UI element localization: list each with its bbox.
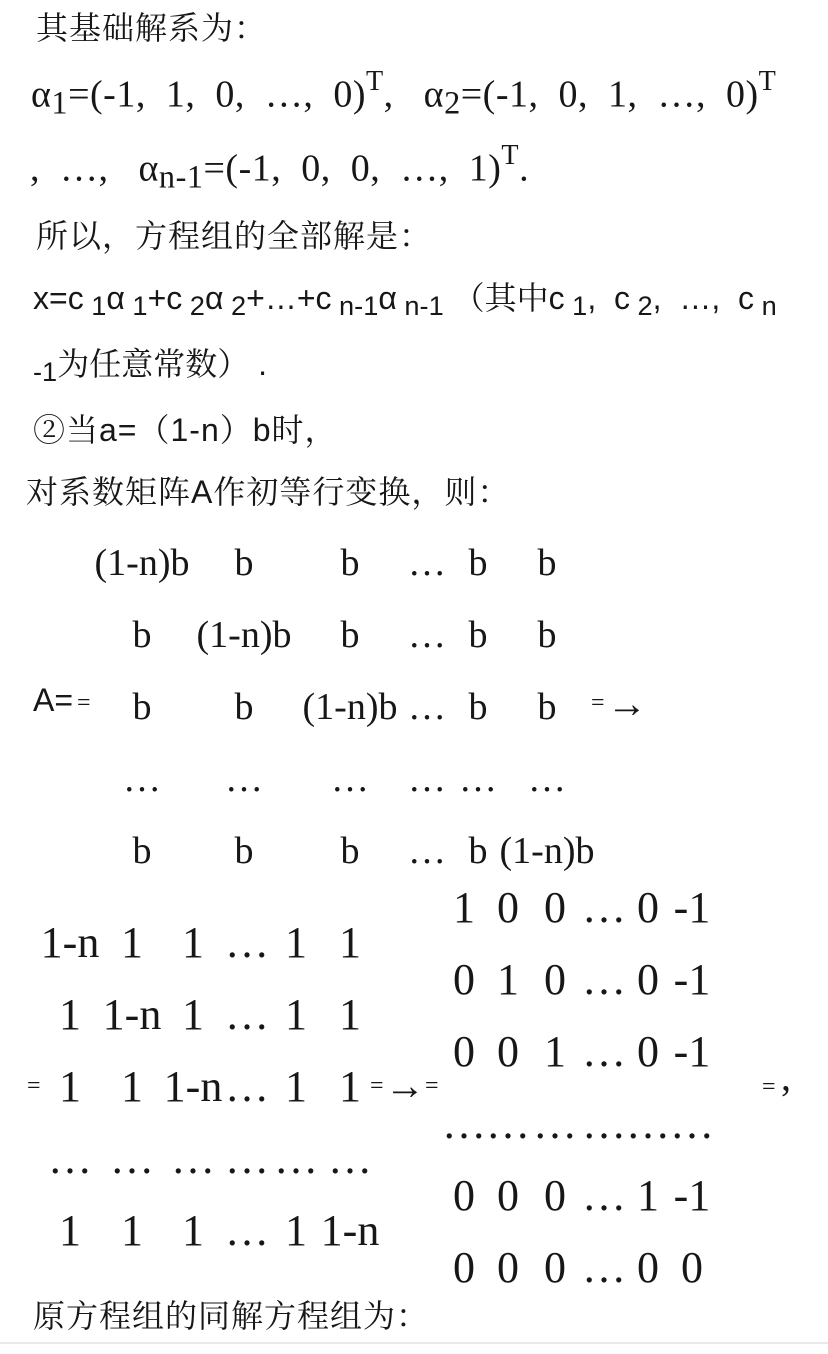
formula-alpha1-alpha2: α1=(-1, 1, 0, …, 0)T, α2=(-1, 0, 1, …, 0… (31, 64, 776, 124)
matrix-cell: 1 (544, 1026, 566, 1077)
matrix-cell: … (408, 685, 446, 729)
matrix-cell: … (442, 1098, 486, 1149)
matrix-cell: 1 (121, 1061, 143, 1112)
matrix-cell: 0 (453, 954, 475, 1005)
matrix-cell: -1 (674, 954, 711, 1005)
matrix-cell: 1 (59, 1061, 81, 1112)
matrix-cell: 1-n (164, 1061, 223, 1112)
matrix-cell: (1-n)b (95, 541, 190, 585)
text-case2-condition: ②当a=（1-n）b时， (33, 410, 338, 452)
text-run: α (31, 73, 51, 115)
matrix-cell: 0 (544, 954, 566, 1005)
matrix-cell: b (469, 541, 488, 585)
matrix-cell: b (235, 829, 254, 873)
matrix-cell: 0 (637, 882, 659, 933)
matrix-cell: b (133, 829, 152, 873)
matrix-cell: 0 (544, 1242, 566, 1293)
matrix-cell: -1 (674, 1026, 711, 1077)
formula-general-solution: x=c 1α 1+c 2α 2+…+c n-1α n-1 （其中c 1, c 2… (33, 278, 777, 323)
matrix-close-bracket: = (762, 1073, 776, 1101)
superscript: T (501, 140, 519, 171)
matrix-cell: 1 (453, 882, 475, 933)
matrix-cell: 1 (182, 1205, 204, 1256)
matrix-cell: 0 (453, 1170, 475, 1221)
subscript: 1 (565, 290, 588, 321)
matrix-cell: 0 (637, 1242, 659, 1293)
text-run: , α (384, 73, 444, 115)
matrix-cell: 1 (497, 954, 519, 1005)
text-run: 为任意常数） . (57, 346, 267, 382)
row-transform-arrow-icon: → (607, 681, 647, 727)
matrix-cell: … (171, 1133, 215, 1184)
subscript: n-1 (332, 290, 379, 321)
matrix-close-bracket: = (370, 1072, 384, 1100)
text-run: , …, c (653, 280, 754, 316)
subscript: n (754, 290, 777, 321)
matrix-cell: b (133, 613, 152, 657)
matrix-cell: 0 (453, 1026, 475, 1077)
matrix-open-bracket: = (425, 1072, 439, 1100)
matrix-cell: 1 (285, 1205, 307, 1256)
text-equivalent-system-heading: 原方程组的同解方程组为： (33, 1296, 429, 1338)
matrix-cell: … (331, 757, 369, 801)
matrix-cell: b (235, 541, 254, 585)
superscript: T (759, 66, 777, 97)
text-run: （其中c (444, 280, 565, 316)
matrix-cell: … (408, 829, 446, 873)
matrix-cell: … (582, 1026, 626, 1077)
text-run: , c (587, 280, 630, 316)
text-run: , …, α (30, 147, 159, 189)
text-run: x=c (33, 280, 84, 316)
subscript: 1 (84, 290, 107, 321)
text-run: +…+c (246, 280, 331, 316)
matrix-cell: 1-n (321, 1205, 380, 1256)
subscript: n-1 (397, 290, 444, 321)
matrix-cell: 0 (453, 1242, 475, 1293)
matrix-cell: b (538, 685, 557, 729)
matrix-row-echelon: 100…0-1010…0-1001…0-1………………000…1-1000…00 (442, 871, 716, 1303)
matrix-cell: … (582, 882, 626, 933)
matrix-close-bracket: = (591, 689, 605, 717)
matrix-cell: … (225, 1133, 269, 1184)
text-run: =(-1, 0, 0, …, 1) (203, 147, 501, 189)
text-run: +c (148, 280, 183, 316)
matrix-cell: … (486, 1098, 530, 1149)
matrix-cell: … (110, 1133, 154, 1184)
matrix-cell: … (582, 1242, 626, 1293)
subscript: n-1 (159, 158, 204, 194)
matrix-cell: … (459, 757, 497, 801)
matrix-cell: 0 (497, 1170, 519, 1221)
matrix-cell: 0 (637, 1026, 659, 1077)
superscript: T (366, 66, 384, 97)
matrix-cell: b (469, 613, 488, 657)
matrix-cell: 1 (182, 989, 204, 1040)
bottom-divider (0, 1342, 828, 1344)
matrix-open-bracket: = (27, 1072, 41, 1100)
matrix-cell: … (408, 541, 446, 585)
matrix-cell: … (225, 757, 263, 801)
trailing-comma: , (781, 1054, 791, 1100)
subscript: 1 (51, 84, 68, 120)
matrix-cell: … (123, 757, 161, 801)
matrix-scaled: 1-n11…1111-n1…11111-n…11………………111…11-n (42, 906, 382, 1266)
matrix-cell: … (533, 1098, 577, 1149)
matrix-cell: b (538, 613, 557, 657)
matrix-cell: … (528, 757, 566, 801)
matrix-cell: b (538, 541, 557, 585)
matrix-cell: 1 (285, 917, 307, 968)
matrix-cell: … (225, 1061, 269, 1112)
matrix-cell: 0 (544, 882, 566, 933)
matrix-cell: … (582, 1170, 626, 1221)
text-full-solution-heading: 所以，方程组的全部解是： (36, 216, 432, 258)
matrix-cell: … (670, 1098, 714, 1149)
matrix-cell: … (225, 989, 269, 1040)
matrix-cell: … (408, 757, 446, 801)
matrix-cell: 1-n (41, 917, 100, 968)
matrix-cell: … (626, 1098, 670, 1149)
matrix-cell: … (408, 613, 446, 657)
matrix-cell: … (274, 1133, 318, 1184)
matrix-cell: b (341, 613, 360, 657)
text-fundamental-solution-heading: 其基础解系为： (36, 8, 267, 50)
matrix-cell: 1 (182, 917, 204, 968)
matrix-cell: 1 (285, 1061, 307, 1112)
matrix-cell: b (341, 829, 360, 873)
row-transform-arrow-icon: → (385, 1063, 425, 1109)
matrix-cell: 1 (339, 989, 361, 1040)
text-row-transform-statement: 对系数矩阵A作初等行变换，则： (26, 472, 510, 514)
matrix-cell: 0 (637, 954, 659, 1005)
subscript: 1 (125, 290, 148, 321)
matrix-cell: … (48, 1133, 92, 1184)
matrix-a-label: A= (33, 682, 73, 719)
text-run: =(-1, 0, 1, …, 0) (461, 73, 759, 115)
matrix-cell: 1 (59, 1205, 81, 1256)
text-run: α (106, 280, 125, 316)
matrix-cell: -1 (674, 1170, 711, 1221)
subscript: 2 (444, 84, 461, 120)
matrix-a-original: (1-n)bbb…bbb(1-n)bb…bbbb(1-n)b…bb………………b… (88, 527, 584, 887)
matrix-cell: (1-n)b (303, 685, 398, 729)
matrix-cell: b (469, 829, 488, 873)
matrix-cell: 1 (59, 989, 81, 1040)
matrix-cell: b (235, 685, 254, 729)
text-run: α (205, 280, 224, 316)
matrix-cell: 0 (497, 1242, 519, 1293)
matrix-cell: (1-n)b (500, 829, 595, 873)
matrix-cell: 1-n (103, 989, 162, 1040)
matrix-cell: b (341, 541, 360, 585)
matrix-cell: 0 (497, 1026, 519, 1077)
text-run: =(-1, 1, 0, …, 0) (68, 73, 366, 115)
matrix-cell: … (225, 917, 269, 968)
matrix-cell: -1 (674, 882, 711, 933)
matrix-cell: (1-n)b (197, 613, 292, 657)
matrix-cell: 1 (339, 917, 361, 968)
matrix-cell: … (225, 1205, 269, 1256)
subscript: 2 (182, 290, 205, 321)
matrix-cell: 0 (497, 882, 519, 933)
subscript: 2 (630, 290, 653, 321)
matrix-cell: … (582, 954, 626, 1005)
matrix-cell: 0 (681, 1242, 703, 1293)
matrix-cell: b (133, 685, 152, 729)
formula-alpha-n-minus-1: , …, αn-1=(-1, 0, 0, …, 1)T. (30, 138, 529, 198)
formula-general-solution-continued: -1为任意常数） . (33, 344, 267, 389)
matrix-cell: 1 (285, 989, 307, 1040)
matrix-cell: 0 (544, 1170, 566, 1221)
matrix-cell: … (582, 1098, 626, 1149)
matrix-cell: 1 (637, 1170, 659, 1221)
matrix-cell: 1 (121, 917, 143, 968)
text-run: . (519, 147, 529, 189)
subscript: -1 (33, 356, 57, 387)
matrix-cell: 1 (121, 1205, 143, 1256)
matrix-cell: … (328, 1133, 372, 1184)
subscript: 2 (223, 290, 246, 321)
text-run: α (378, 280, 397, 316)
matrix-cell: b (469, 685, 488, 729)
matrix-cell: 1 (339, 1061, 361, 1112)
